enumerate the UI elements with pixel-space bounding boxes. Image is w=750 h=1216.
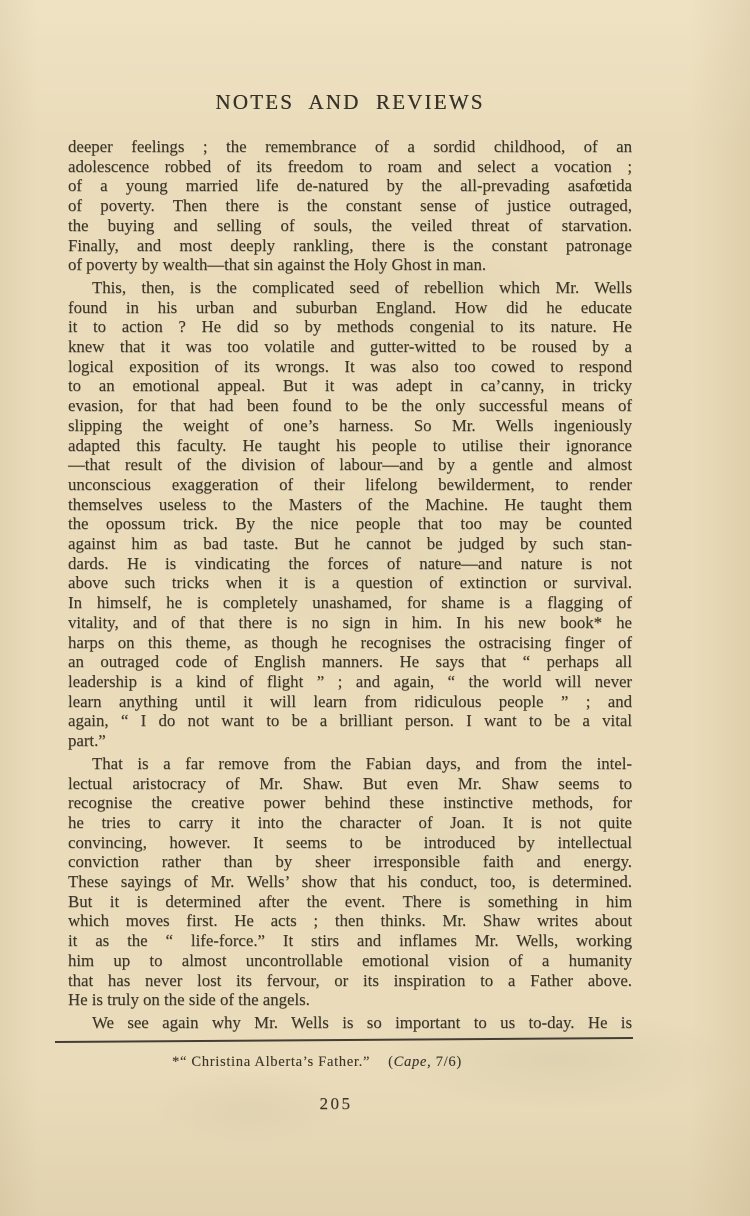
text-line: recognise the creative power behind thes… [68,793,632,813]
text-line: against him as bad taste. But he cannot … [68,534,632,554]
page-heading: NOTES AND REVIEWS [68,90,632,115]
text-line: of poverty by wealth—that sin against th… [68,255,632,275]
text-line: He is truly on the side of the angels. [68,990,632,1010]
text-line: that has never lost its fervour, or its … [68,971,632,991]
footnote-publisher: Cape, [394,1054,432,1070]
text-line: he tries to carry it into the character … [68,813,632,833]
text-line: leadership is a kind of flight ” ; and a… [68,672,632,692]
text-line: adolescence robbed of its freedom to roa… [68,157,632,177]
text-line: lectual aristocracy of Mr. Shaw. But eve… [68,774,632,794]
footnote-title: *“ Christina Alberta’s Father.” [172,1054,370,1070]
text-line: But it is determined after the event. Th… [68,892,632,912]
scanned-book-page: { "page": { "heading": "NOTES AND REVIEW… [0,0,750,1216]
paragraph: That is a far remove from the Fabian day… [68,754,632,1010]
text-line: found in his urban and suburban England.… [68,298,632,318]
text-line: an outraged code of English manners. He … [68,652,632,672]
text-line: —that result of the division of labour—a… [68,455,632,475]
text-line: the opossum trick. By the nice people th… [68,514,632,534]
text-line: evasion, for that had been found to be t… [68,396,632,416]
paragraph: This, then, is the complicated seed of r… [68,278,632,751]
text-line: him up to almost uncontrollable emotiona… [68,951,632,971]
text-line: to an emotional appeal. But it was adept… [68,376,632,396]
page-number: 205 [0,1094,672,1114]
text-line: This, then, is the complicated seed of r… [68,278,632,298]
paragraph: We see again why Mr. Wells is so importa… [68,1013,632,1033]
text-line: convincing, however. It seems to be intr… [68,833,632,853]
text-line: logical exposition of its wrongs. It was… [68,357,632,377]
text-line: the buying and selling of souls, the vei… [68,216,632,236]
text-line: That is a far remove from the Fabian day… [68,754,632,774]
text-line: These sayings of Mr. Wells’ show that hi… [68,872,632,892]
text-line: knew that it was too volatile and gutter… [68,337,632,357]
text-block: deeper feelings ; the remembrance of a s… [68,137,632,1033]
text-line: of a young married life de-natured by th… [68,176,632,196]
footnote-rule [55,1037,633,1043]
text-line: learn anything until it will learn from … [68,692,632,712]
text-line: deeper feelings ; the remembrance of a s… [68,137,632,157]
text-line: themselves useless to the Masters of the… [68,495,632,515]
footnote: *“ Christina Alberta’s Father.”(Cape, 7/… [172,1054,462,1071]
text-line: harps on this theme, as though he recogn… [68,633,632,653]
text-line: conviction rather than by sheer irrespon… [68,852,632,872]
text-line: it to action ? He did so by methods cong… [68,317,632,337]
text-line: again, “ I do not want to be a brilliant… [68,711,632,731]
text-line: vitality, and of that there is no sign i… [68,613,632,633]
text-line: Finally, and most deeply rankling, there… [68,236,632,256]
footnote-imprint: (Cape, 7/6) [388,1054,462,1070]
text-line: slipping the weight of one’s harness. So… [68,416,632,436]
text-line: above such tricks when it is a question … [68,573,632,593]
text-line: part.” [68,731,632,751]
paragraph: deeper feelings ; the remembrance of a s… [68,137,632,275]
text-line: which moves first. He acts ; then thinks… [68,911,632,931]
text-line: unconscious exaggeration of their lifelo… [68,475,632,495]
text-line: We see again why Mr. Wells is so importa… [68,1013,632,1033]
text-line: of poverty. Then there is the constant s… [68,196,632,216]
text-line: In himself, he is completely unashamed, … [68,593,632,613]
footnote-price: 7/6) [436,1054,462,1070]
text-line: dards. He is vindicating the forces of n… [68,554,632,574]
text-line: adapted this faculty. He taught his peop… [68,436,632,456]
text-line: it as the “ life-force.” It stirs and in… [68,931,632,951]
